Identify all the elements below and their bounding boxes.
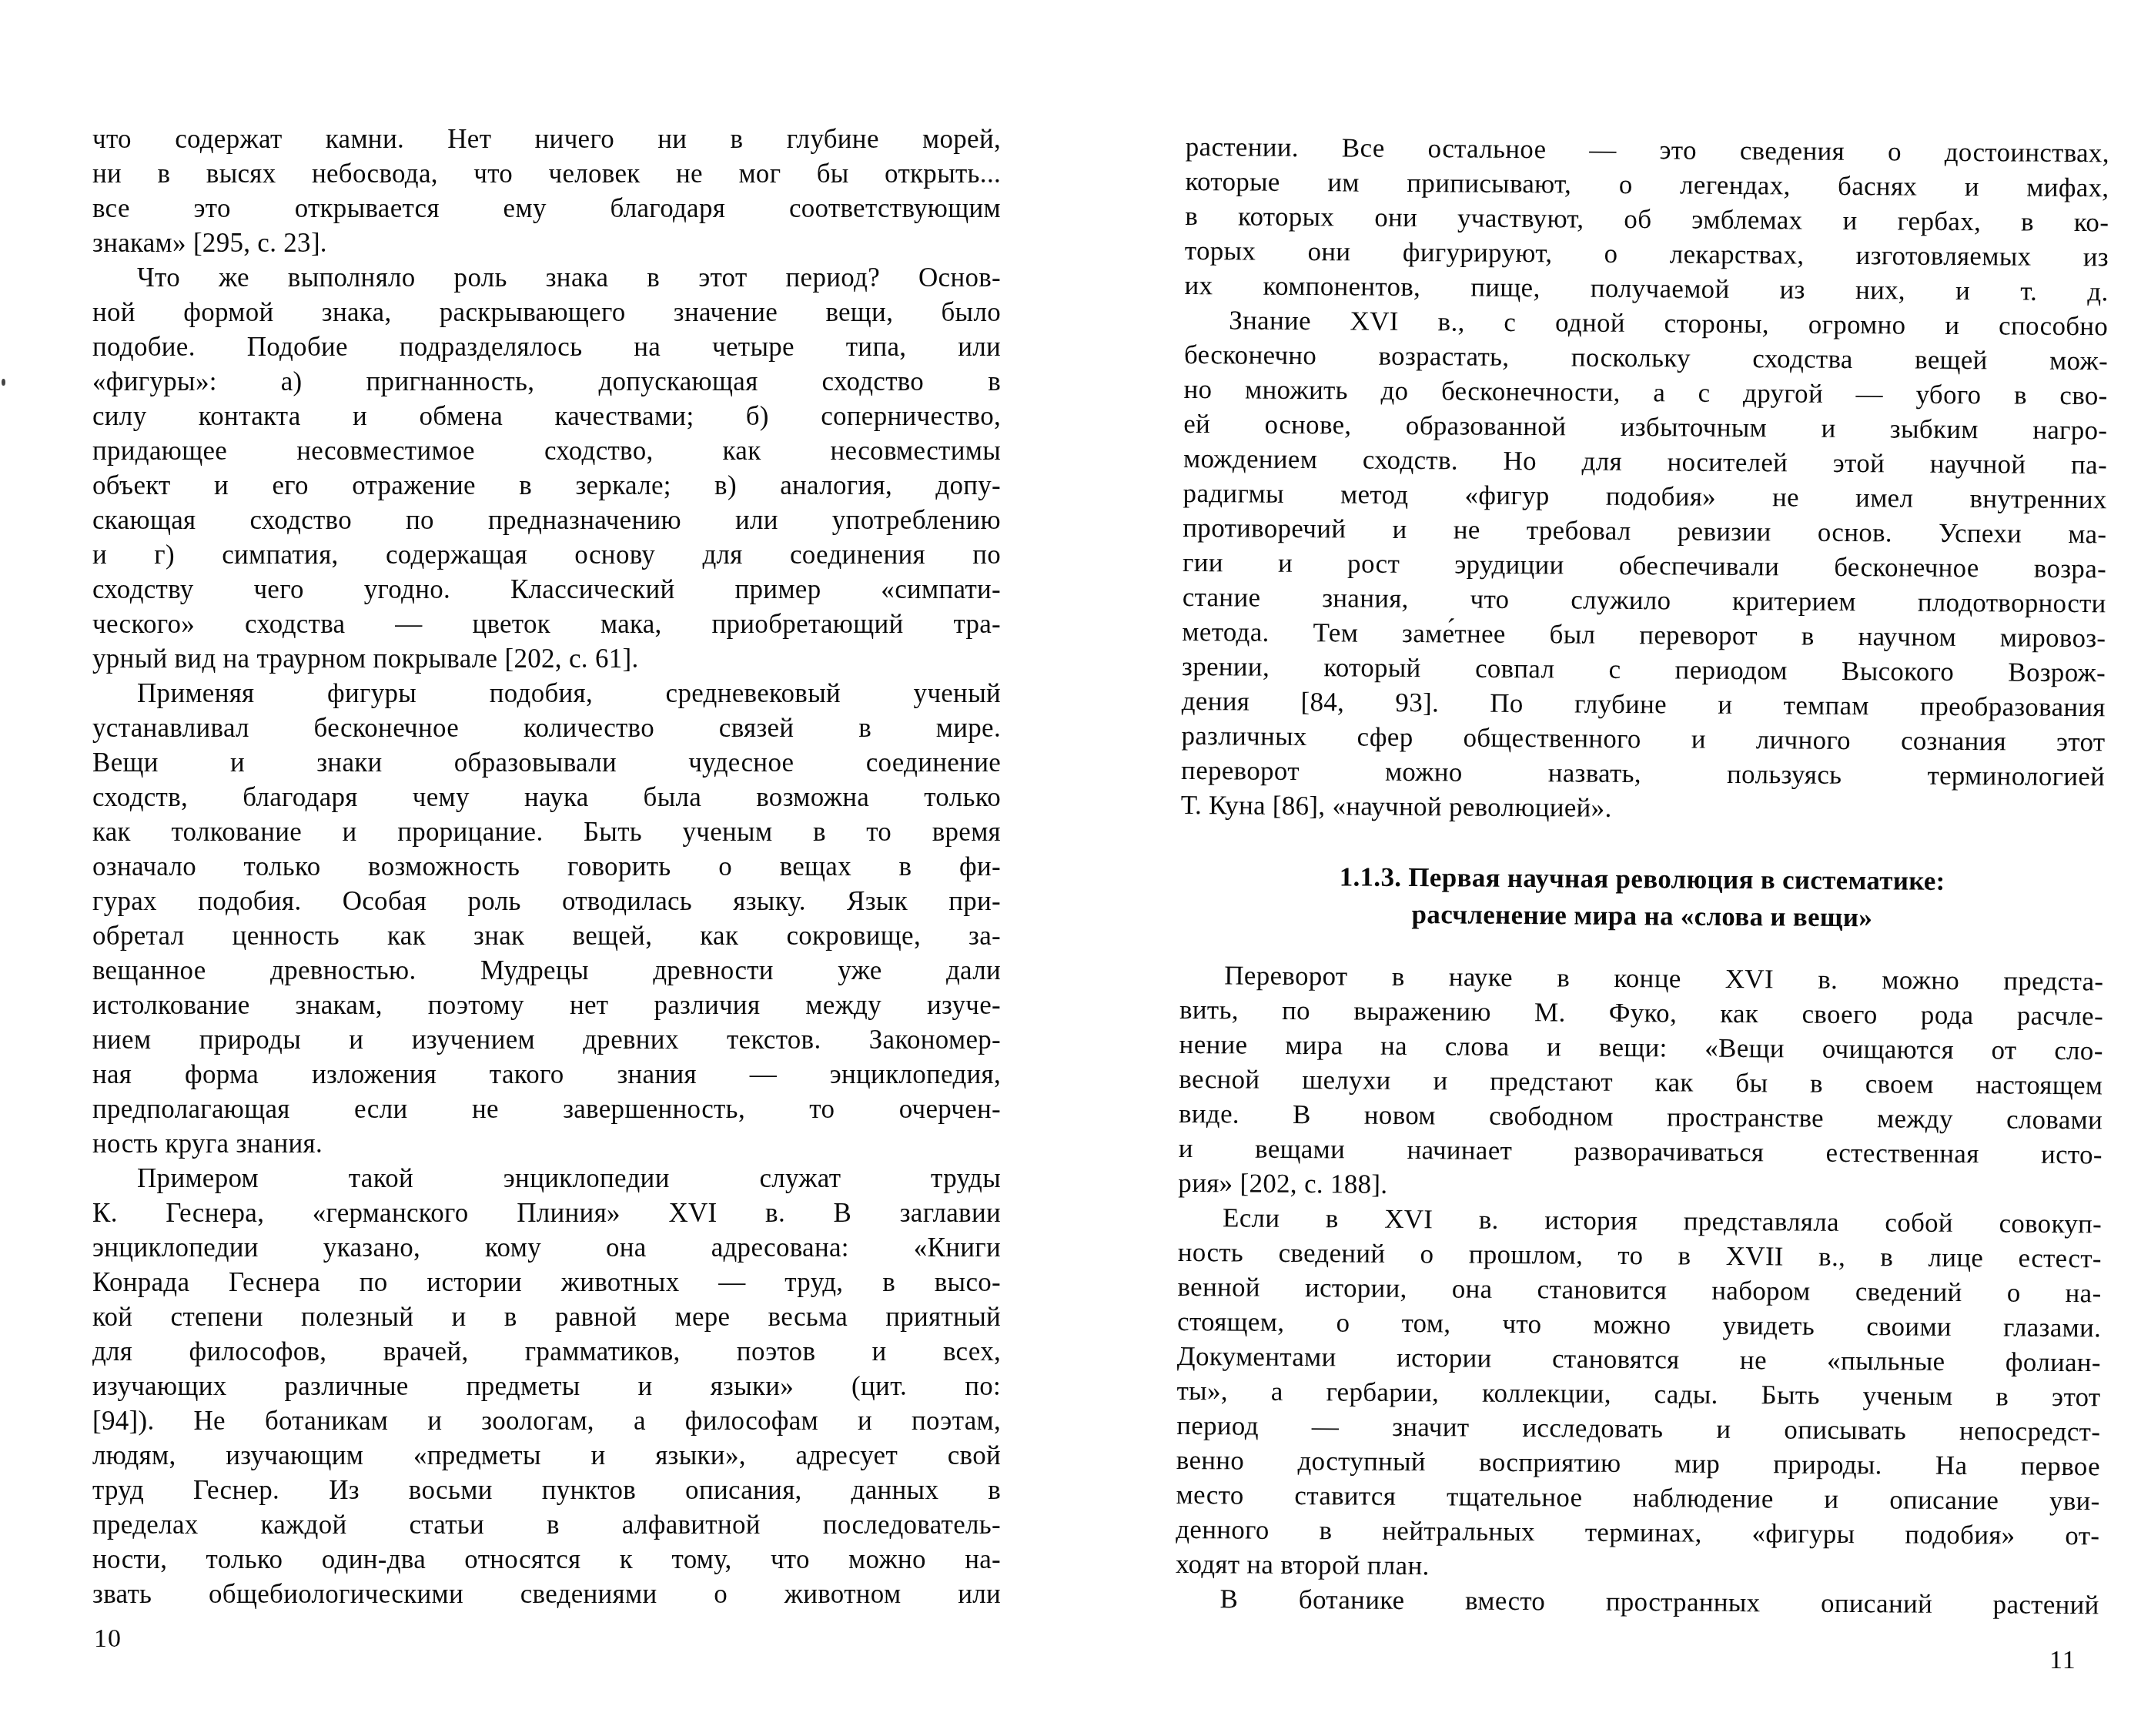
left-page-number: 10 — [94, 1626, 122, 1652]
book-scan: что содержат камни. Нет ничего ни в глуб… — [0, 0, 2141, 1736]
text-line: как толкование и прорицание. Быть ученым… — [92, 814, 1001, 849]
text-line: Конрада Геснера по истории животных — тр… — [92, 1265, 1001, 1299]
text-line: [94]). Не ботаникам и зоологам, а филосо… — [92, 1403, 1001, 1438]
text-line: что содержат камни. Нет ничего ни в глуб… — [92, 122, 1001, 156]
text-line: изучающих различные предметы и языки» (ц… — [92, 1369, 1001, 1403]
paragraph: Если в XVI в. история представляла собой… — [1176, 1200, 2102, 1587]
paragraph: что содержат камни. Нет ничего ни в глуб… — [92, 122, 1001, 260]
text-line: сходству чего угодно. Классический приме… — [92, 572, 1001, 607]
text-line: Что же выполняло роль знака в этот перио… — [92, 260, 1001, 295]
right-page-number: 11 — [2049, 1647, 2076, 1674]
section-heading-line-2: расчленение мира на «слова и вещи» — [1180, 895, 2104, 938]
text-line: К. Геснера, «германского Плиния» XVI в. … — [92, 1196, 1001, 1230]
text-line: «фигуры»: а) пригнанность, допускающая с… — [92, 364, 1001, 399]
text-line: обретал ценность как знак вещей, как сок… — [92, 918, 1001, 953]
text-line: В ботанике вместо пространных описаний р… — [1176, 1581, 2099, 1622]
text-line: подобие. Подобие подразделялось на четыр… — [92, 329, 1001, 364]
text-line: гурах подобия. Особая роль отводилась яз… — [92, 884, 1001, 918]
paragraph: Переворот в науке в конце XVI в. можно п… — [1178, 958, 2103, 1206]
paragraph: В ботанике вместо пространных описаний р… — [1176, 1581, 2099, 1622]
text-line: труд Геснер. Из восьми пунктов описания,… — [92, 1473, 1001, 1507]
text-line: скающая сходство по предназначению или у… — [92, 503, 1001, 537]
text-line: энциклопедии указано, кому она адресован… — [92, 1230, 1001, 1265]
text-line: предполагающая если не завершенность, то… — [92, 1092, 1001, 1126]
paragraph: Что же выполняло роль знака в этот перио… — [92, 260, 1001, 676]
text-line: нием природы и изучением древних текстов… — [92, 1022, 1001, 1057]
right-page-bottom-paragraphs: Переворот в науке в конце XVI в. можно п… — [1176, 958, 2104, 1622]
text-line: ность круга знания. — [92, 1126, 1001, 1161]
text-line: ни в высях небосвода, что человек не мог… — [92, 156, 1001, 191]
paragraph: Примером такой энциклопедии служат труды… — [92, 1161, 1001, 1611]
right-page-top-paragraphs: растении. Все остальное — это сведения о… — [1181, 129, 2109, 828]
left-page-text-column: что содержат камни. Нет ничего ни в глуб… — [92, 122, 1001, 1611]
text-line: звать общебиологическими сведениями о жи… — [92, 1577, 1001, 1611]
text-line: Примером такой энциклопедии служат труды — [92, 1161, 1001, 1196]
text-line: Вещи и знаки образовывали чудесное соеди… — [92, 745, 1001, 780]
text-line: Т. Куна [86], «научной революцией». — [1181, 788, 2105, 828]
paragraph: Применяя фигуры подобия, средневековый у… — [92, 676, 1001, 1161]
paragraph: растении. Все остальное — это сведения о… — [1184, 129, 2109, 309]
text-line: Применяя фигуры подобия, средневековый у… — [92, 676, 1001, 711]
scan-speck — [2, 379, 5, 386]
right-page-text-column: растении. Все остальное — это сведения о… — [1176, 129, 2109, 1622]
text-line: устанавливал бесконечное количество связ… — [92, 711, 1001, 745]
text-line: означало только возможность говорить о в… — [92, 849, 1001, 884]
text-line: кой степени полезный и в равной мере вес… — [92, 1299, 1001, 1334]
text-line: знакам» [295, с. 23]. — [92, 226, 1001, 260]
text-line: силу контакта и обмена качествами; б) со… — [92, 399, 1001, 433]
text-line: для философов, врачей, грамматиков, поэт… — [92, 1334, 1001, 1369]
text-line: ная форма изложения такого знания — энци… — [92, 1057, 1001, 1092]
text-line: истолкование знакам, поэтому нет различи… — [92, 988, 1001, 1022]
text-line: сходств, благодаря чему наука была возмо… — [92, 780, 1001, 814]
text-line: ности, только один-два относятся к тому,… — [92, 1542, 1001, 1577]
text-line: объект и его отражение в зеркале; в) ана… — [92, 468, 1001, 503]
text-line: вещанное древностью. Мудрецы древности у… — [92, 953, 1001, 988]
text-line: придающее несовместимое сходство, как не… — [92, 433, 1001, 468]
text-line: ной формой знака, раскрывающего значение… — [92, 295, 1001, 329]
text-line: и г) симпатия, содержащая основу для сое… — [92, 537, 1001, 572]
section-heading: 1.1.3. Первая научная революция в систем… — [1180, 858, 2105, 938]
text-line: людям, изучающим «предметы и языки», адр… — [92, 1438, 1001, 1473]
text-line: пределах каждой статьи в алфавитной посл… — [92, 1507, 1001, 1542]
text-line: все это открывается ему благодаря соотве… — [92, 191, 1001, 226]
text-line: ческого» сходства — цветок мака, приобре… — [92, 607, 1001, 641]
text-line: урный вид на траурном покрывале [202, с.… — [92, 641, 1001, 676]
section-heading-line-1: 1.1.3. Первая научная революция в систем… — [1180, 858, 2104, 901]
paragraph: Знание XVI в., с одной стороны, огромно … — [1181, 303, 2109, 828]
